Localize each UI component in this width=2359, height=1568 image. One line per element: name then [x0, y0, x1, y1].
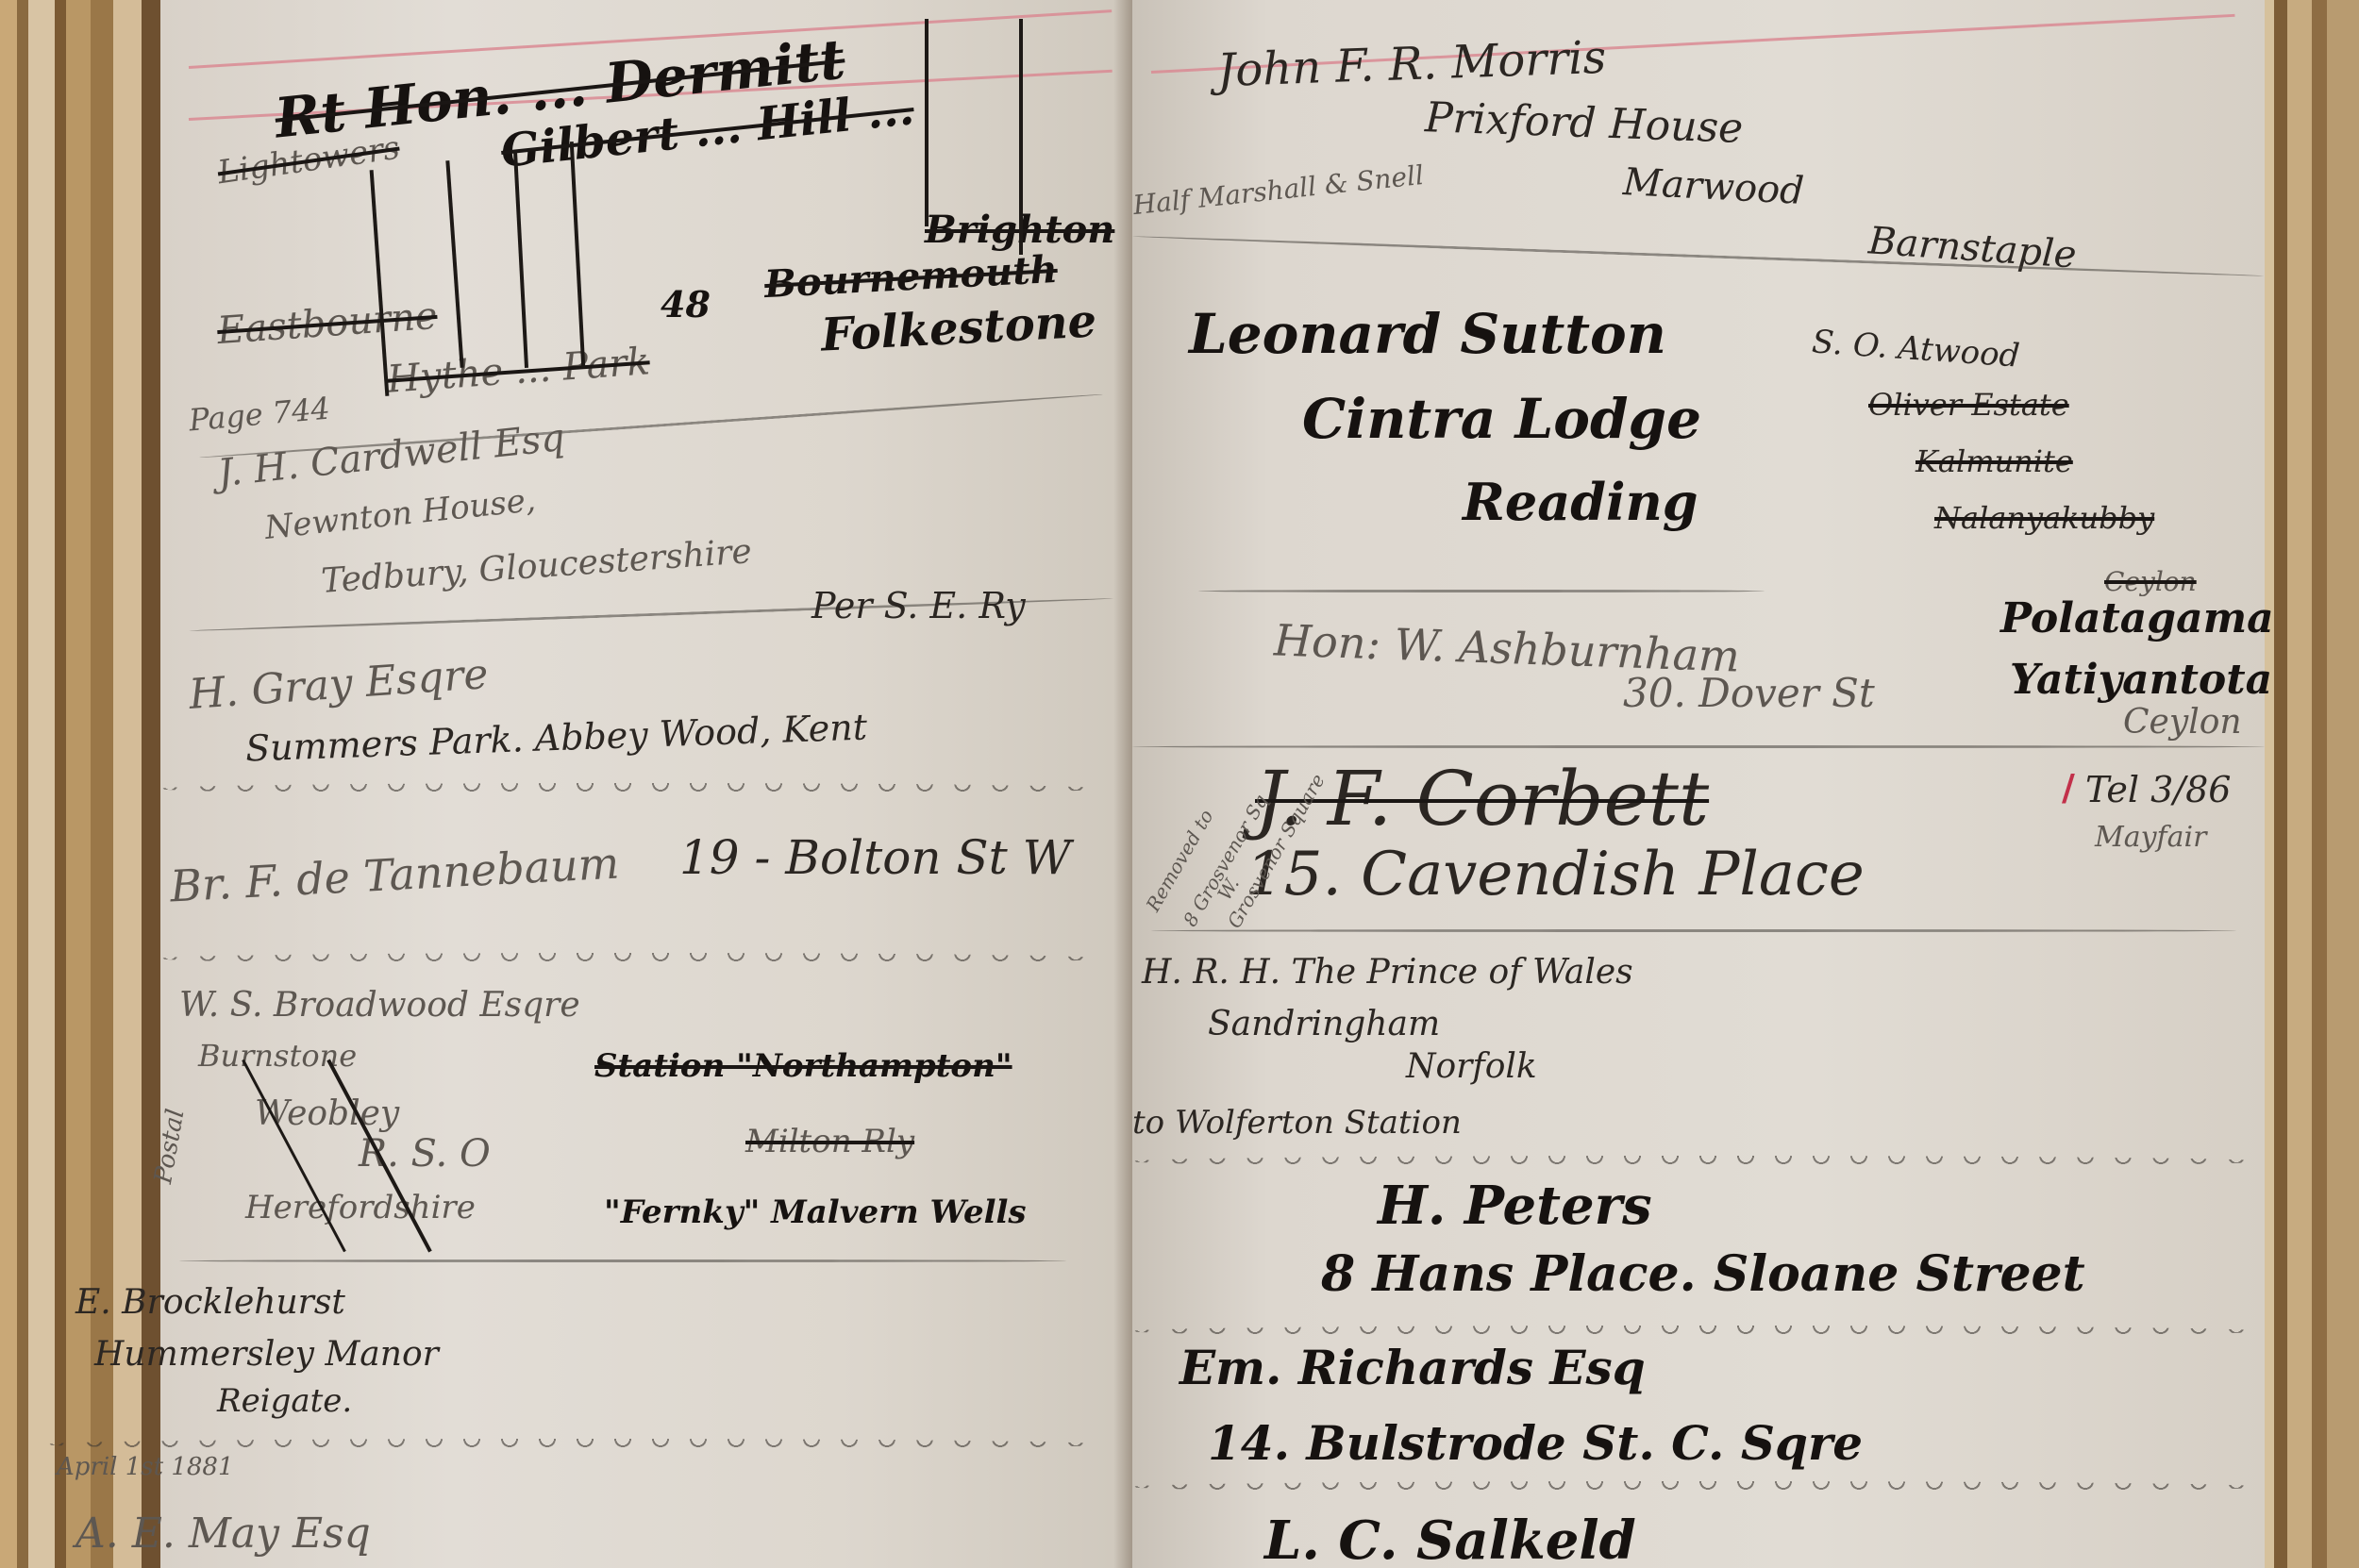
entry-line: Reigate. — [217, 1382, 352, 1420]
entry-line: Tedbury, Gloucestershire — [320, 532, 753, 601]
entry-line: W. S. Broadwood Esqre — [179, 986, 580, 1025]
aside-line: "Fernky" Malvern Wells — [604, 1193, 1027, 1231]
entry-line: 19 - Bolton St W — [679, 830, 1071, 885]
entry-line: Leonard Sutton — [1189, 302, 1666, 366]
entry-line: Sandringham — [1208, 1005, 1440, 1043]
entry-line: Bournemouth — [763, 247, 1059, 307]
entry-line: Eastbourne — [216, 294, 439, 353]
entry-line: Hummersley Manor — [94, 1335, 439, 1374]
open-ledger-book: Rt Hon. ... Dermitt Lightowers Gilbert .… — [0, 0, 2359, 1568]
left-page: Rt Hon. ... Dermitt Lightowers Gilbert .… — [160, 0, 1132, 1568]
ruled-line — [570, 142, 586, 368]
entry-separator — [1132, 745, 2265, 748]
entry-line: Summers Park. Abbey Wood, Kent — [244, 707, 867, 770]
struck-aside-line: Nalanyakubby — [1934, 500, 2154, 536]
ruled-line — [445, 160, 463, 368]
entry-line: J. F. Corbett — [1255, 755, 1709, 842]
entry-line: L. C. Salkeld — [1264, 1510, 1636, 1568]
aside-line: Polatagama — [2000, 594, 2274, 642]
entry-line: 15. Cavendish Place — [1246, 840, 1865, 909]
aside-line: Ceylon — [2123, 703, 2242, 742]
entry-separator — [179, 1259, 1066, 1262]
struck-aside-line: Kalmunite — [1916, 443, 2073, 479]
entry-line: A. E. May Esq — [75, 1510, 371, 1558]
struck-aside-line: Ceylon — [2104, 566, 2197, 597]
aside-line: Yatiyantota — [2010, 656, 2272, 704]
telephone-exchange-note: Mayfair — [2095, 821, 2206, 854]
ruled-line — [513, 151, 528, 368]
ruled-line — [1019, 19, 1023, 255]
entry-line: to Wolferton Station — [1132, 1104, 1462, 1142]
page-reference-note: Page 744 — [188, 391, 332, 439]
entry-line: 30. Dover St — [1623, 670, 1875, 716]
margin-date: April 1st 1881 — [57, 1453, 234, 1481]
entry-separator — [1132, 1156, 2265, 1167]
entry-line: 48 — [661, 283, 711, 325]
entry-line: Em. Richards Esq — [1179, 1340, 1646, 1395]
struck-aside-line: S. O. Atwood — [1811, 323, 2021, 375]
entry-separator — [1198, 590, 1765, 592]
entry-separator — [1132, 1326, 2265, 1337]
entry-separator — [1132, 1481, 2265, 1493]
entry-line: Marwood — [1622, 160, 1805, 213]
entry-line: H. R. H. The Prince of Wales — [1142, 953, 1633, 992]
red-check-mark-icon: / — [2062, 766, 2075, 809]
entry-line: 14. Bulstrode St. C. Sqre — [1208, 1415, 1863, 1471]
entry-line: Reading — [1463, 472, 1698, 532]
entry-line: Norfolk — [1406, 1047, 1537, 1086]
entry-line: Folkestone — [820, 294, 1098, 361]
entry-separator — [160, 953, 1104, 964]
entry-line: Herefordshire — [245, 1189, 476, 1226]
entry-line: Br. F. de Tannebaum — [169, 838, 621, 912]
entry-separator — [1151, 929, 2236, 932]
telephone-note: Tel 3/86 — [2085, 769, 2231, 810]
entry-line: John F. R. Morris — [1216, 31, 1607, 97]
right-page: John F. R. Morris Prixford House Marwood… — [1132, 0, 2265, 1568]
entry-line: Prixford House — [1424, 93, 1744, 153]
entry-line: 8 Hans Place. Sloane Street — [1321, 1245, 2085, 1303]
struck-aside-line: Oliver Estate — [1868, 387, 2069, 423]
entry-separator — [1132, 235, 2264, 277]
struck-aside-line: Milton Rly — [745, 1123, 914, 1160]
struck-aside-line: Station "Northampton" — [594, 1047, 1012, 1085]
entry-line: Cintra Lodge — [1302, 387, 1701, 451]
routing-note: Per S. E. Ry — [811, 585, 1026, 626]
margin-note: Half Marshall & Snell — [1131, 159, 1425, 221]
entry-line: H. Gray Esqre — [188, 650, 490, 719]
ruled-line — [925, 19, 929, 226]
entry-line: E. Brocklehurst — [75, 1283, 345, 1322]
entry-separator — [47, 1439, 1104, 1450]
entry-separator — [160, 783, 1104, 794]
entry-line: H. Peters — [1378, 1175, 1652, 1237]
ruled-line — [370, 170, 390, 396]
entry-line: Hythe ... Park — [386, 340, 651, 401]
entry-line: Newnton House, — [263, 481, 538, 547]
